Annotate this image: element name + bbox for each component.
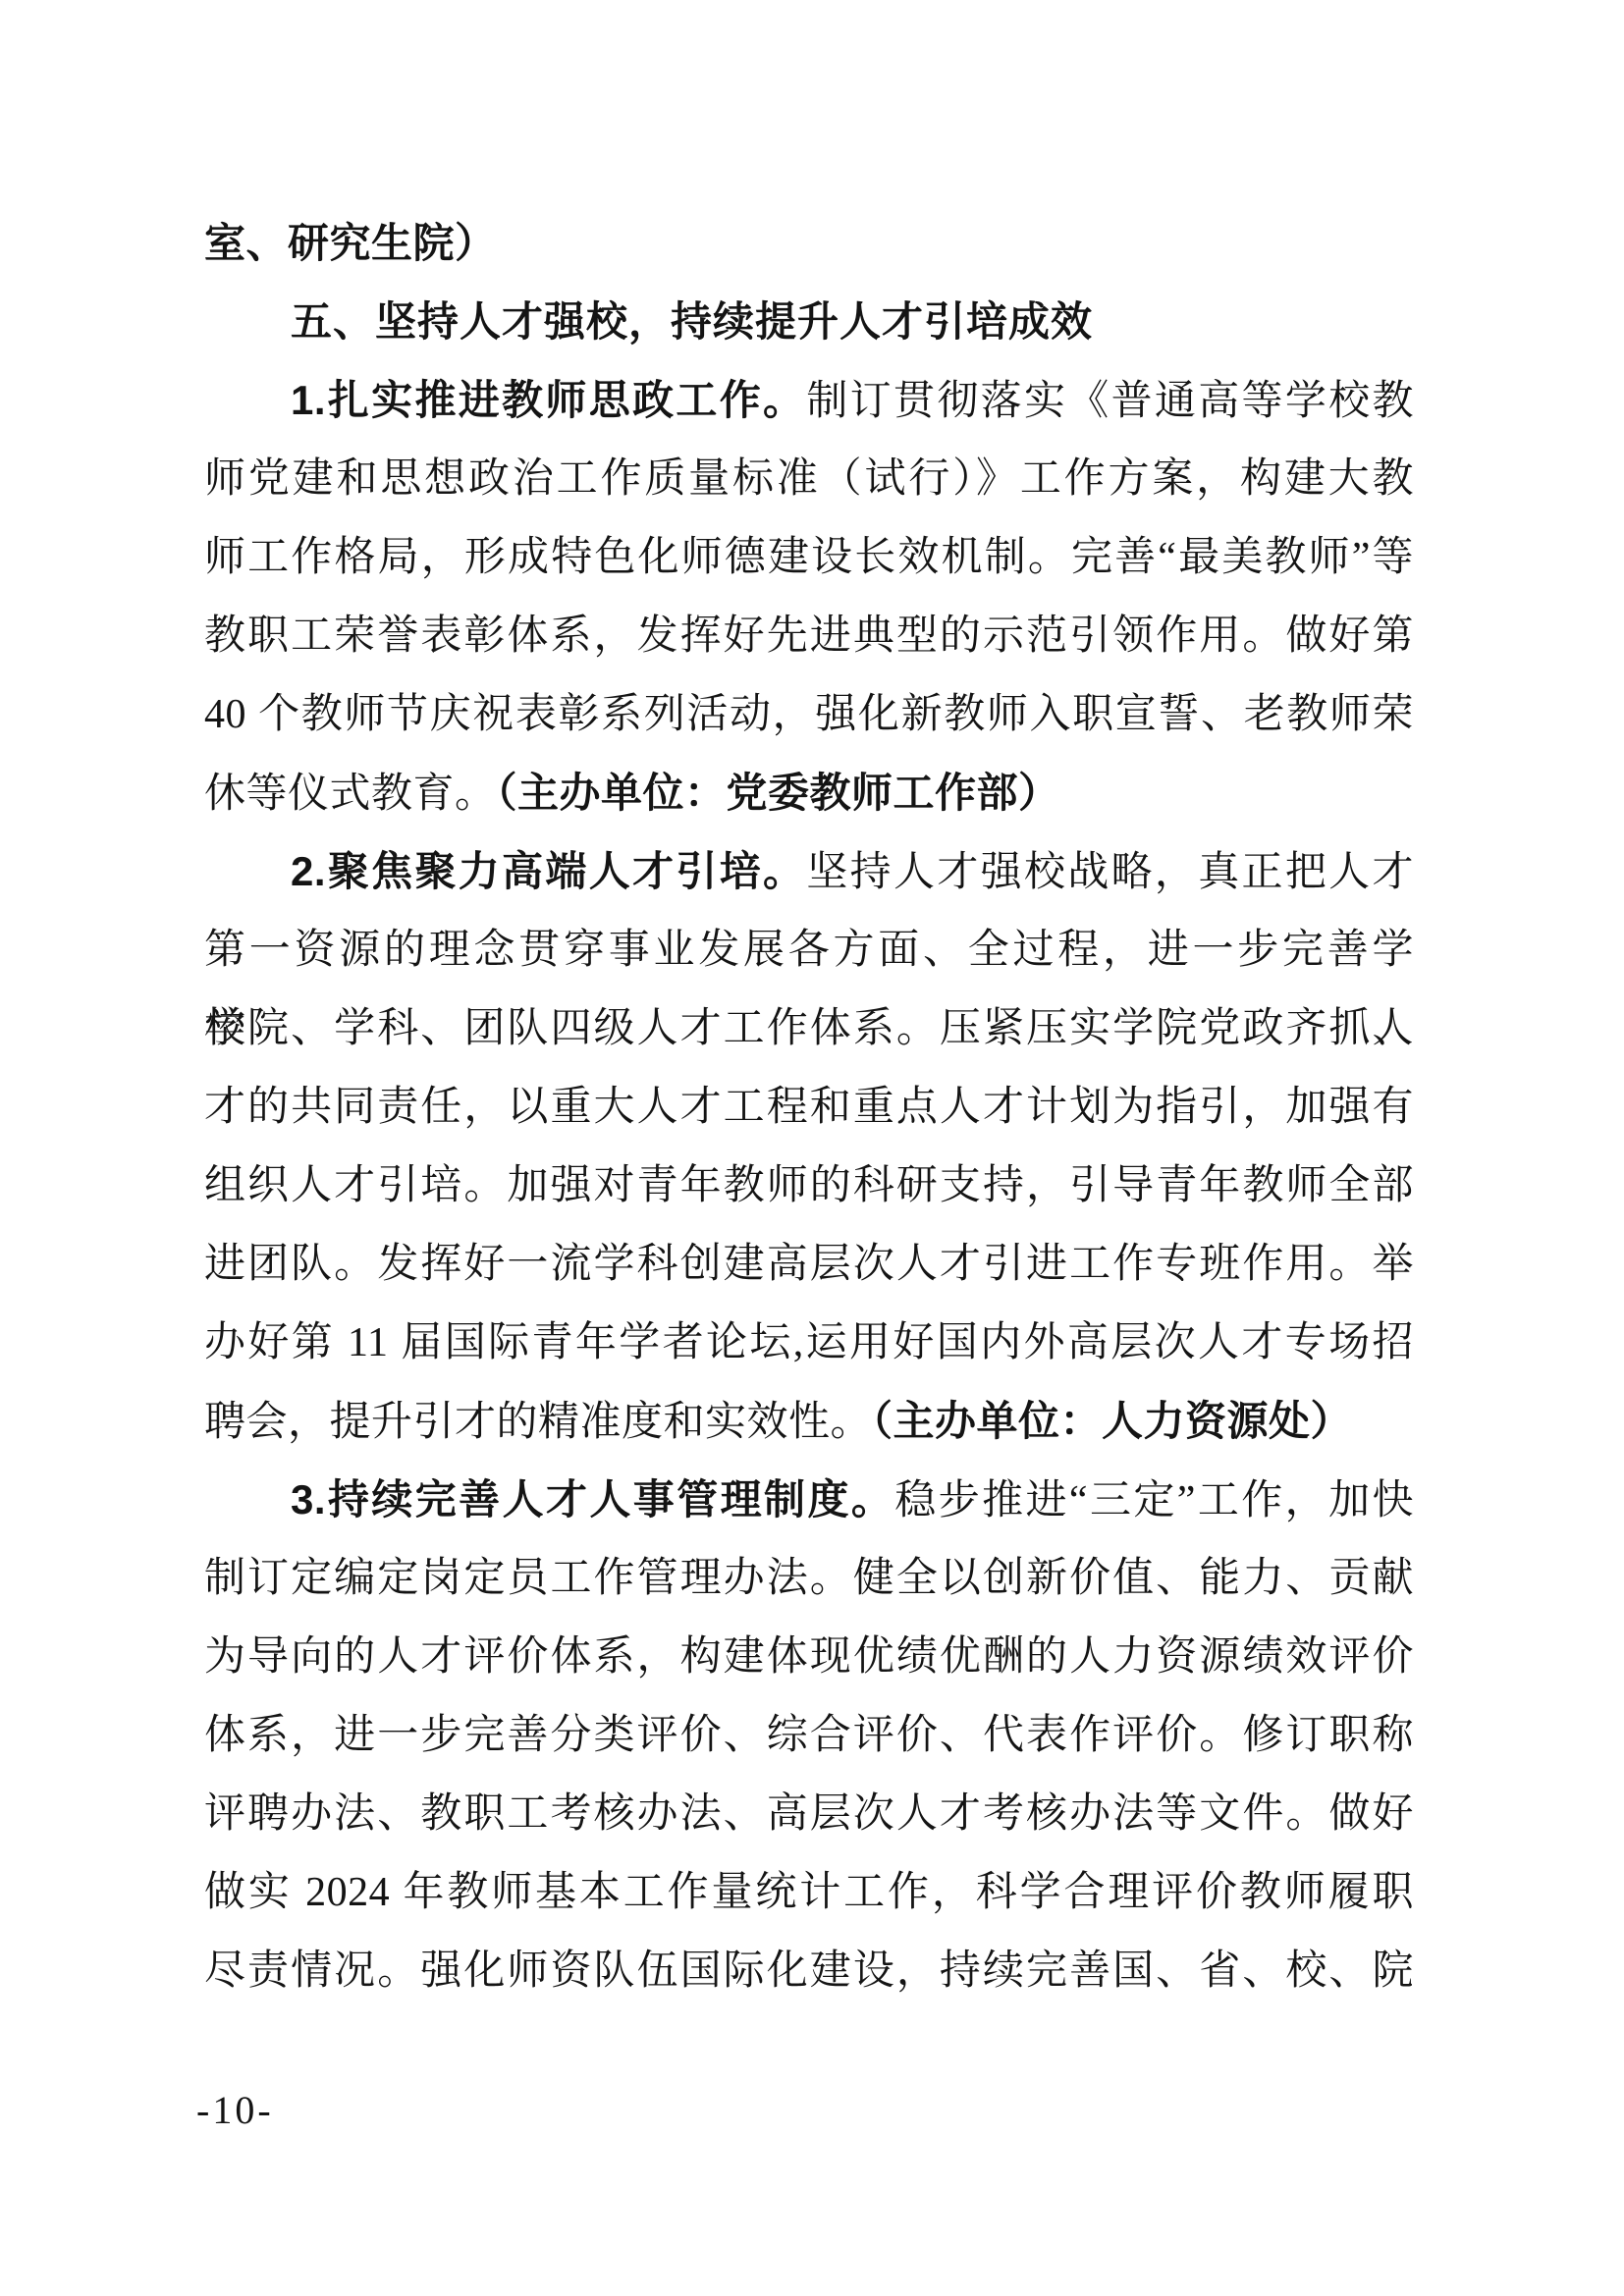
text-line: 第一资源的理念贯穿事业发展各方面、全过程，进一步完善学校、 [204, 911, 1414, 989]
text-line: 体系，进一步完善分类评价、综合评价、代表作评价。修订职称 [204, 1696, 1414, 1775]
text-segment: 组织人才引培。加强对青年教师的科研支持，引导青年教师全部 [204, 1163, 1414, 1208]
text-segment: 体系，进一步完善分类评价、综合评价、代表作评价。修订职称 [204, 1713, 1414, 1758]
bold-text-segment: 五、坚持人才强校，持续提升人才引培成效 [291, 298, 1093, 345]
text-line: 才的共同责任，以重大人才工程和重点人才计划为指引，加强有 [204, 1068, 1414, 1147]
document-body: 室、研究生院）五、坚持人才强校，持续提升人才引培成效1.扎实推进教师思政工作。制… [204, 204, 1414, 2010]
text-line: 为导向的人才评价体系，构建体现优绩优酬的人力资源绩效评价 [204, 1618, 1414, 1696]
text-line: 组织人才引培。加强对青年教师的科研支持，引导青年教师全部 [204, 1147, 1414, 1225]
text-segment: 40 个教师节庆祝表彰系列活动，强化新教师入职宣誓、老教师荣 [204, 692, 1414, 737]
text-line: 2.聚焦聚力高端人才引培。坚持人才强校战略，真正把人才 [204, 832, 1414, 911]
text-line: 3.持续完善人才人事管理制度。稳步推进“三定”工作，加快 [204, 1461, 1414, 1539]
bold-text-segment: 室、研究生院） [204, 220, 497, 266]
bold-text-segment: （主办单位：人力资源处） [872, 1398, 1352, 1444]
text-segment: 坚持人才强校战略，真正把人才 [806, 850, 1414, 895]
text-segment: 学院、学科、团队四级人才工作体系。压紧压实学院党政齐抓人 [204, 1006, 1414, 1051]
text-line: 做实 2024 年教师基本工作量统计工作，科学合理评价教师履职 [204, 1853, 1414, 1932]
text-segment: 办好第 11 届国际青年学者论坛,运用好国内外高层次人才专场招 [204, 1320, 1414, 1365]
text-segment: 才的共同责任，以重大人才工程和重点人才计划为指引，加强有 [204, 1085, 1414, 1130]
text-line: 评聘办法、教职工考核办法、高层次人才考核办法等文件。做好 [204, 1775, 1414, 1853]
text-segment: 师党建和思想政治工作质量标准（试行）》工作方案，构建大教 [204, 456, 1414, 502]
text-line: 师党建和思想政治工作质量标准（试行）》工作方案，构建大教 [204, 440, 1414, 518]
text-segment: 制订定编定岗定员工作管理办法。健全以创新价值、能力、贡献 [204, 1556, 1414, 1601]
bold-text-segment: 3.持续完善人才人事管理制度。 [291, 1476, 894, 1522]
text-segment: 尽责情况。强化师资队伍国际化建设，持续完善国、省、校、院 [204, 1949, 1414, 1994]
text-segment: 做实 2024 年教师基本工作量统计工作，科学合理评价教师履职 [204, 1870, 1414, 1915]
text-segment: 休等仪式教育。 [204, 772, 497, 817]
text-line: 师工作格局，形成特色化师德建设长效机制。完善“最美教师”等 [204, 518, 1414, 597]
text-line: 进团队。发挥好一流学科创建高层次人才引进工作专班作用。举 [204, 1225, 1414, 1304]
bold-text-segment: （主办单位：党委教师工作部） [497, 770, 1060, 816]
text-line: 制订定编定岗定员工作管理办法。健全以创新价值、能力、贡献 [204, 1539, 1414, 1618]
text-segment: 稳步推进“三定”工作，加快 [894, 1478, 1414, 1523]
text-segment: 进团队。发挥好一流学科创建高层次人才引进工作专班作用。举 [204, 1242, 1414, 1287]
text-line: 1.扎实推进教师思政工作。制订贯彻落实《普通高等学校教 [204, 361, 1414, 440]
section-heading: 五、坚持人才强校，持续提升人才引培成效 [204, 283, 1414, 361]
text-line: 教职工荣誉表彰体系，发挥好先进典型的示范引领作用。做好第 [204, 597, 1414, 675]
text-line: 尽责情况。强化师资队伍国际化建设，持续完善国、省、校、院 [204, 1932, 1414, 2010]
text-line: 40 个教师节庆祝表彰系列活动，强化新教师入职宣誓、老教师荣 [204, 675, 1414, 754]
text-segment: 评聘办法、教职工考核办法、高层次人才考核办法等文件。做好 [204, 1791, 1414, 1837]
text-line: 室、研究生院） [204, 204, 1414, 283]
text-segment: 教职工荣誉表彰体系，发挥好先进典型的示范引领作用。做好第 [204, 614, 1414, 659]
page-number: -10- [196, 2087, 274, 2134]
text-line: 聘会，提升引才的精准度和实效性。（主办单位：人力资源处） [204, 1382, 1414, 1461]
text-line: 办好第 11 届国际青年学者论坛,运用好国内外高层次人才专场招 [204, 1304, 1414, 1382]
text-segment: 制订贯彻落实《普通高等学校教 [806, 379, 1414, 424]
text-line: 休等仪式教育。（主办单位：党委教师工作部） [204, 754, 1414, 832]
document-page: 室、研究生院）五、坚持人才强校，持续提升人才引培成效1.扎实推进教师思政工作。制… [0, 0, 1624, 2296]
bold-text-segment: 2.聚焦聚力高端人才引培。 [291, 848, 806, 894]
text-line: 学院、学科、团队四级人才工作体系。压紧压实学院党政齐抓人 [204, 989, 1414, 1068]
text-segment: 聘会，提升引才的精准度和实效性。 [204, 1400, 872, 1445]
text-segment: 师工作格局，形成特色化师德建设长效机制。完善“最美教师”等 [204, 535, 1414, 580]
text-segment: 为导向的人才评价体系，构建体现优绩优酬的人力资源绩效评价 [204, 1634, 1414, 1680]
bold-text-segment: 1.扎实推进教师思政工作。 [291, 377, 806, 423]
